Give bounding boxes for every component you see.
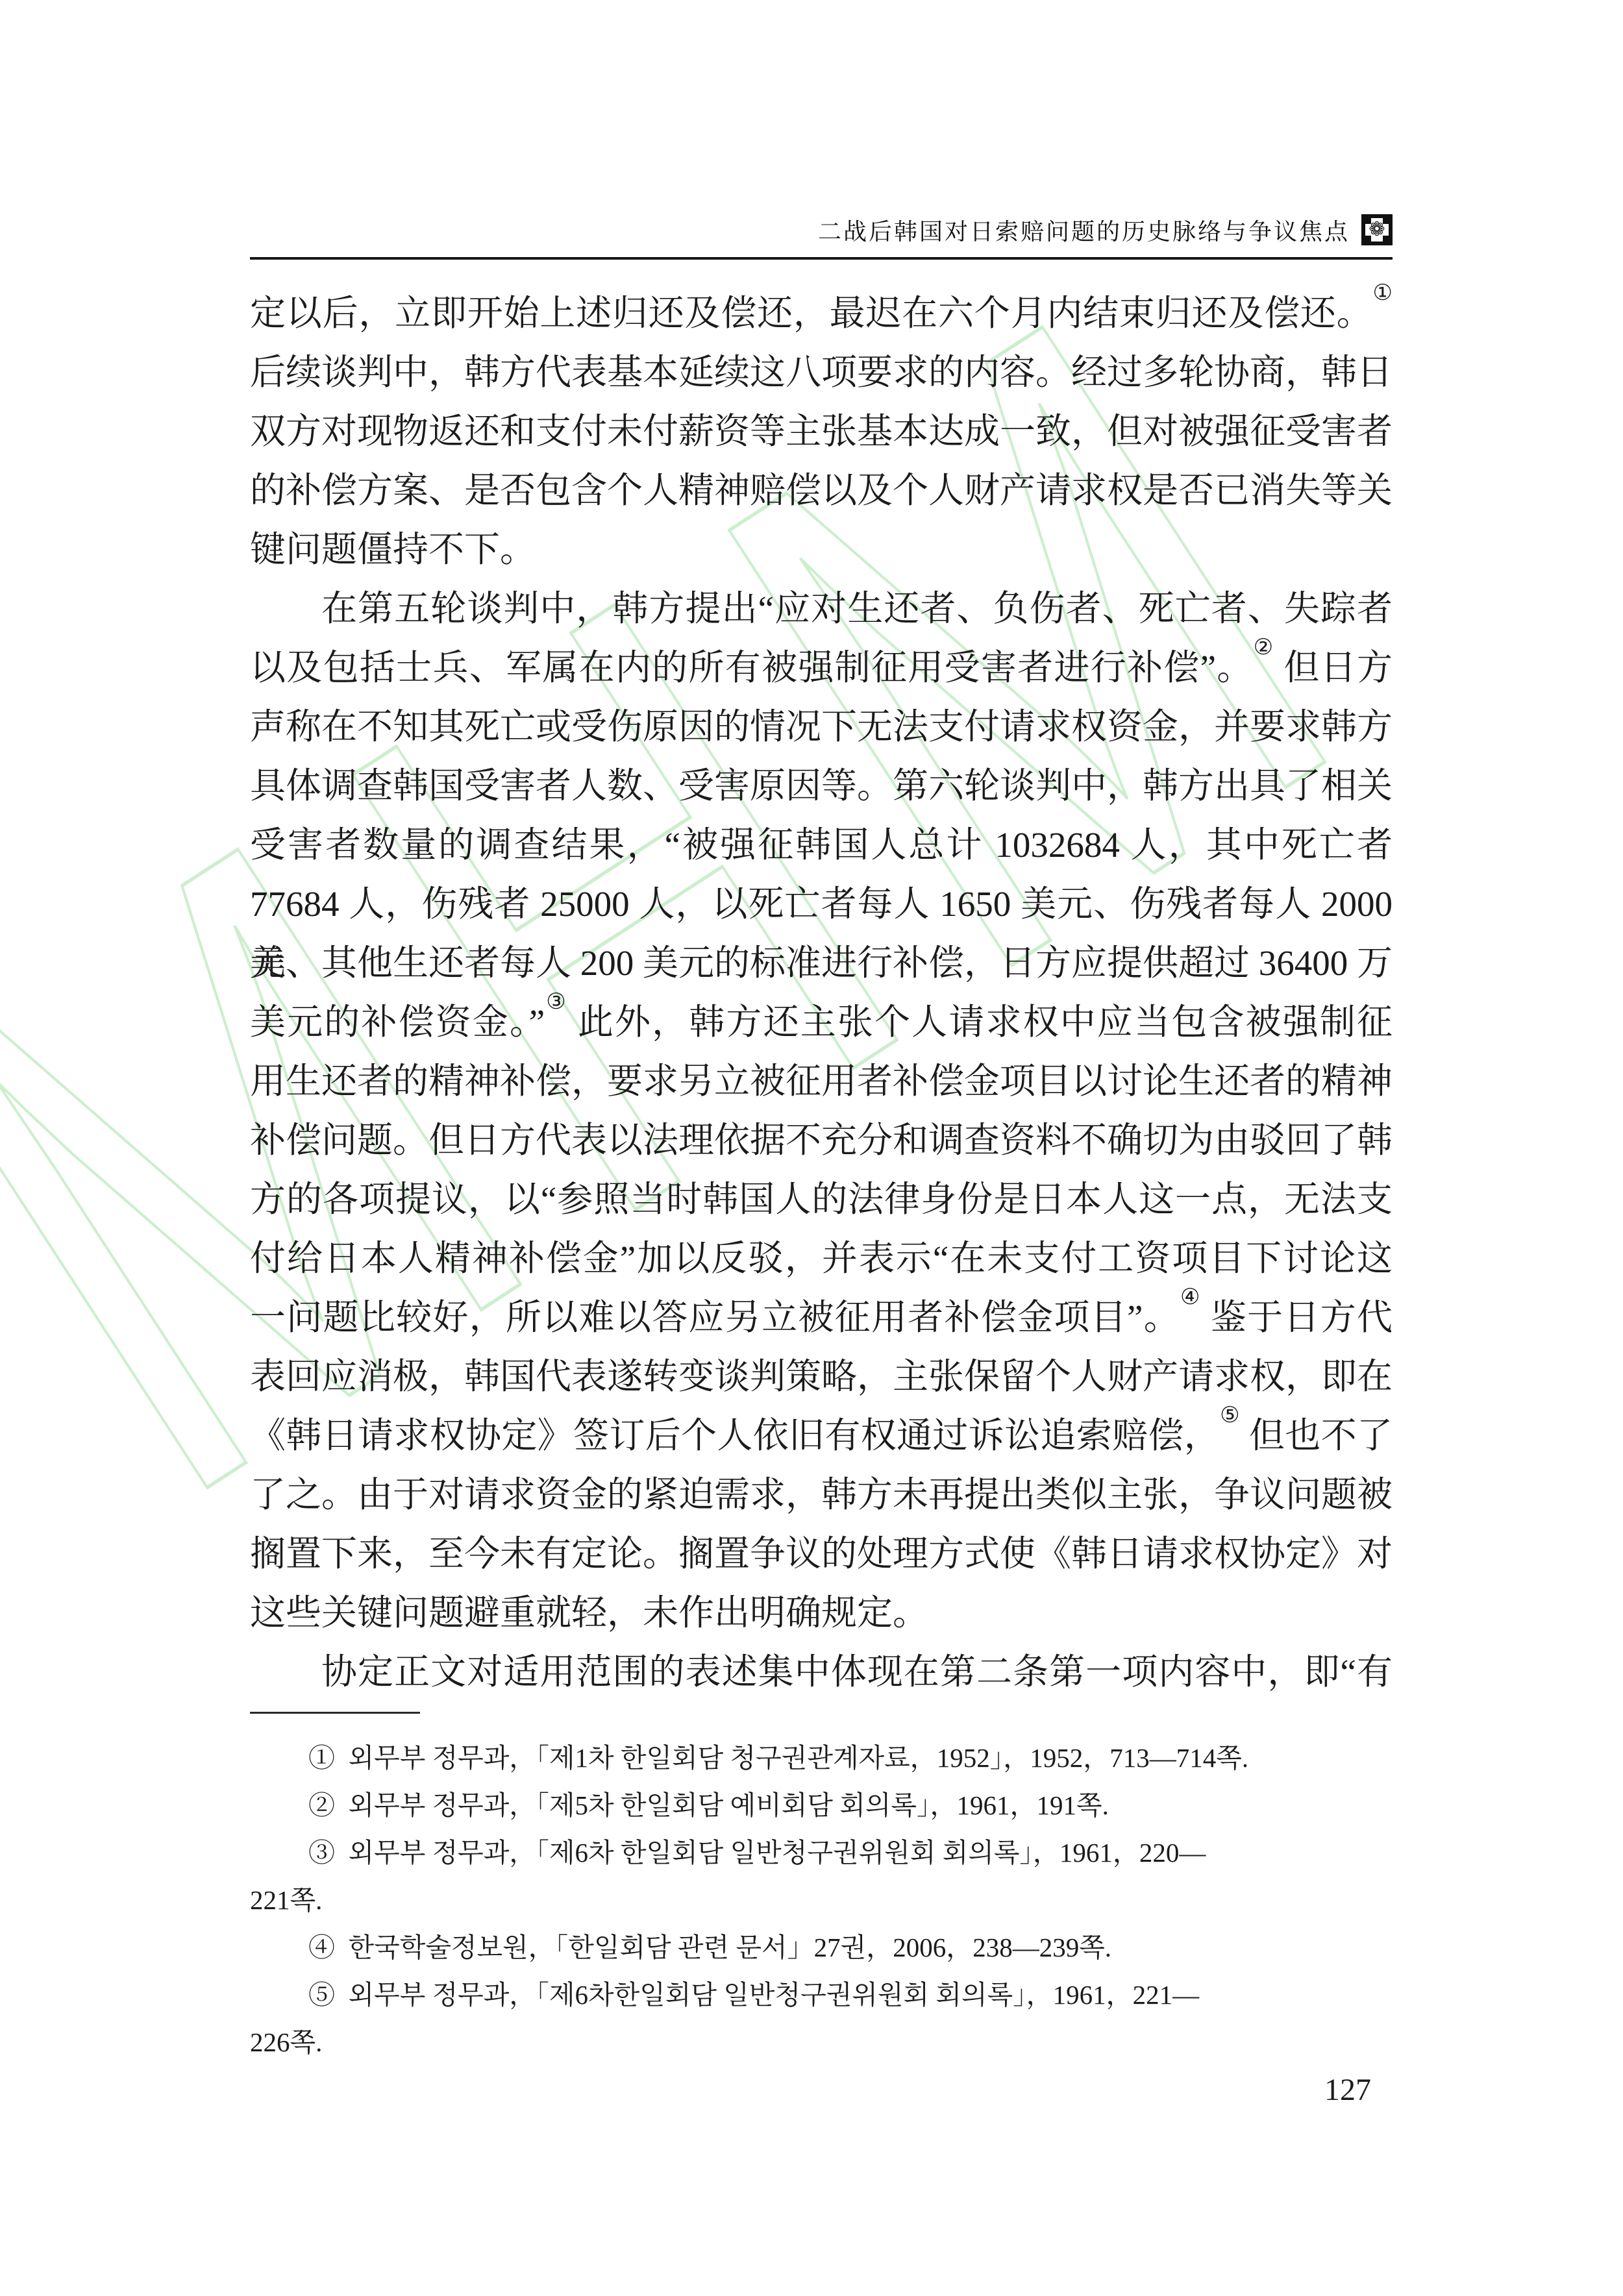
footnote-line: ② 외무부 정무과，「제5차 한일회담 예비회담 회의록」，1961，191쪽.	[250, 1782, 1394, 1829]
body-line: 的补偿方案、是否包含个人精神赔偿以及个人财产请求权是否已消失等关	[250, 461, 1393, 520]
header-rule	[250, 257, 1393, 260]
footnote-line: 226쪽.	[250, 2019, 1394, 2066]
body-line: 用生还者的精神补偿，要求另立被征用者补偿金项目以讨论生还者的精神	[250, 1052, 1393, 1111]
footnote-ref: ①	[1373, 281, 1393, 305]
footnote-line: 221쪽.	[250, 1877, 1394, 1924]
body-line: 后续谈判中，韩方代表基本延续这八项要求的内容。经过多轮协商，韩日	[250, 343, 1393, 402]
body-line: 方的各项提议，以“参照当时韩国人的法律身份是日本人这一点，无法支	[250, 1170, 1393, 1229]
body-line: 补偿问题。但日方代表以法理依据不充分和调查资料不确切为由驳回了韩	[250, 1111, 1393, 1170]
body-line: 《韩日请求权协定》签订后个人依旧有权通过诉讼追索赔偿，⑤ 但也不了	[250, 1406, 1393, 1465]
body-line: 协定正文对适用范围的表述集中体现在第二条第一项内容中，即“有	[250, 1642, 1393, 1701]
body-line: 美元的补偿资金。”③ 此外，韩方还主张个人请求权中应当包含被强制征	[250, 993, 1393, 1052]
footnote-line: ① 외무부 정무과，「제1차 한일회담 청구권관계자료，1952」，1952，7…	[250, 1734, 1394, 1782]
body-line: 这些关键问题避重就轻，未作出明确规定。	[250, 1583, 1393, 1642]
body-line: 元、其他生还者每人 200 美元的标准进行补偿，日方应提供超过 36400 万	[250, 933, 1393, 993]
footnote-divider	[250, 1712, 420, 1714]
running-head-title: 二战后韩国对日索赔问题的历史脉络与争议焦点	[818, 214, 1350, 247]
body-text: 定以后，立即开始上述归还及偿还，最迟在六个月内结束归还及偿还。①后续谈判中，韩方…	[250, 284, 1393, 1701]
body-line: 77684 人，伤残者 25000 人，以死亡者每人 1650 美元、伤残者每人…	[250, 874, 1393, 933]
footnote-line: ③ 외무부 정무과，「제6차 한일회담 일반청구권위원회 회의록」，1961，2…	[250, 1829, 1394, 1877]
body-line: 付给日本人精神补偿金”加以反驳，并表示“在未支付工资项目下讨论这	[250, 1229, 1393, 1288]
page-number: 127	[1324, 2072, 1371, 2108]
body-line: 一问题比较好，所以难以答应另立被征用者补偿金项目”。④ 鉴于日方代	[250, 1288, 1393, 1347]
footnote-ref: ⑤	[1220, 1403, 1240, 1427]
body-line: 受害者数量的调查结果，“被强征韩国人总计 1032684 人，其中死亡者	[250, 815, 1393, 874]
body-line: 声称在不知其死亡或受伤原因的情况下无法支付请求权资金，并要求韩方	[250, 697, 1393, 756]
document-page: MHM 二战后韩国对日索赔问题的历史脉络与争议焦点 ❁ 定以后，立即开始上述归还…	[0, 0, 1623, 2296]
page-header: 二战后韩国对日索赔问题的历史脉络与争议焦点 ❁	[250, 209, 1393, 251]
body-line: 以及包括士兵、军属在内的所有被强制征用受害者进行补偿”。② 但日方	[250, 638, 1393, 697]
footnote-line: ⑤ 외무부 정무과，「제6차한일회담 일반청구권위원회 회의록」，1961，22…	[250, 1971, 1394, 2019]
footnotes: ① 외무부 정무과，「제1차 한일회담 청구권관계자료，1952」，1952，7…	[250, 1734, 1394, 2066]
body-line: 在第五轮谈判中，韩方提出“应对生还者、负伤者、死亡者、失踪者	[250, 579, 1393, 638]
body-line: 表回应消极，韩国代表遂转变谈判策略，主张保留个人财产请求权，即在	[250, 1347, 1393, 1406]
body-line: 了之。由于对请求资金的紧迫需求，韩方未再提出类似主张，争议问题被	[250, 1465, 1393, 1524]
body-line: 具体调查韩国受害者人数、受害原因等。第六轮谈判中，韩方出具了相关	[250, 756, 1393, 815]
body-line: 键问题僵持不下。	[250, 520, 1393, 579]
footnote-line: ④ 한국학술정보원，「한일회담 관련 문서」27권，2006，238—239쪽.	[250, 1924, 1394, 1971]
ornament-icon: ❁	[1361, 214, 1393, 245]
footnote-ref: ④	[1180, 1285, 1201, 1309]
footnote-ref: ②	[1254, 636, 1274, 660]
footnote-ref: ③	[545, 990, 567, 1014]
body-line: 双方对现物返还和支付未付薪资等主张基本达成一致，但对被强征受害者	[250, 402, 1393, 461]
body-line: 搁置下来，至今未有定论。搁置争议的处理方式使《韩日请求权协定》对	[250, 1524, 1393, 1583]
body-line: 定以后，立即开始上述归还及偿还，最迟在六个月内结束归还及偿还。①	[250, 284, 1393, 343]
